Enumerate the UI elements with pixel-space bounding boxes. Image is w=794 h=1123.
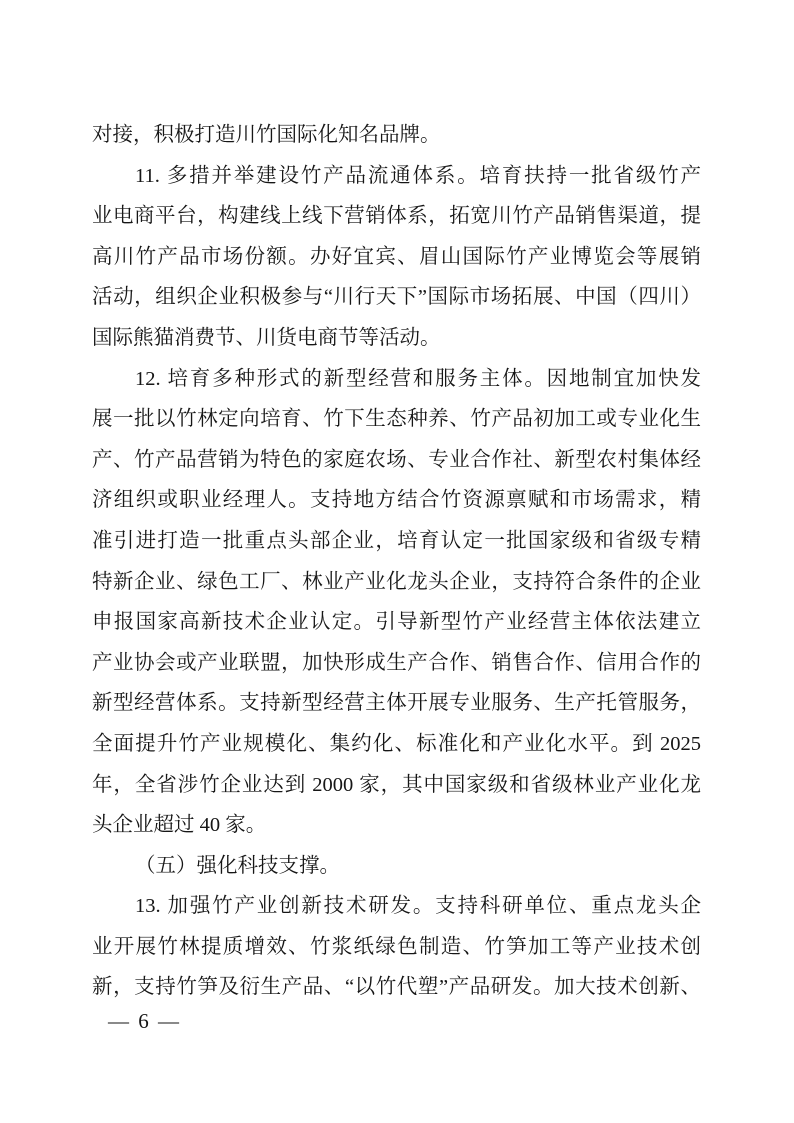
text-line: 新型经营体系。支持新型经营主体开展专业服务、生产托管服务，	[92, 683, 701, 724]
text-line: 产、竹产品营销为特色的家庭农场、专业合作社、新型农村集体经	[92, 440, 701, 481]
page-number: — 6 —	[108, 1006, 181, 1036]
text-line: 产业协会或产业联盟，加快形成生产合作、销售合作、信用合作的	[92, 643, 701, 684]
text-line: 高川竹产品市场份额。办好宜宾、眉山国际竹产业博览会等展销	[92, 237, 701, 278]
document-body: 对接，积极打造川竹国际化知名品牌。 11. 多措并举建设竹产品流通体系。培育扶持…	[92, 115, 701, 1008]
text-line: 业开展竹林提质增效、竹浆纸绿色制造、竹笋加工等产业技术创	[92, 927, 701, 968]
text-line: 12. 培育多种形式的新型经营和服务主体。因地制宜加快发	[92, 359, 701, 400]
text-line: （五）强化科技支撑。	[92, 846, 701, 887]
text-line: 年，全省涉竹企业达到 2000 家，其中国家级和省级林业产业化龙	[92, 765, 701, 806]
text-line: 11. 多措并举建设竹产品流通体系。培育扶持一批省级竹产	[92, 156, 701, 197]
text-line: 业电商平台，构建线上线下营销体系，拓宽川竹产品销售渠道，提	[92, 196, 701, 237]
text-line: 准引进打造一批重点头部企业，培育认定一批国家级和省级专精	[92, 521, 701, 562]
text-line: 特新企业、绿色工厂、林业产业化龙头企业，支持符合条件的企业	[92, 562, 701, 603]
text-line: 济组织或职业经理人。支持地方结合竹资源禀赋和市场需求，精	[92, 480, 701, 521]
text-line: 申报国家高新技术企业认定。引导新型竹产业经营主体依法建立	[92, 602, 701, 643]
text-line: 13. 加强竹产业创新技术研发。支持科研单位、重点龙头企	[92, 886, 701, 927]
text-line: 全面提升竹产业规模化、集约化、标准化和产业化水平。到 2025	[92, 724, 701, 765]
text-line: 国际熊猫消费节、川货电商节等活动。	[92, 318, 701, 359]
text-line: 对接，积极打造川竹国际化知名品牌。	[92, 115, 701, 156]
text-line: 新，支持竹笋及衍生产品、“以竹代塑”产品研发。加大技术创新、	[92, 967, 701, 1008]
document-page: 对接，积极打造川竹国际化知名品牌。 11. 多措并举建设竹产品流通体系。培育扶持…	[0, 0, 794, 1123]
text-line: 活动，组织企业积极参与“川行天下”国际市场拓展、中国（四川）	[92, 277, 701, 318]
text-line: 头企业超过 40 家。	[92, 805, 701, 846]
text-line: 展一批以竹林定向培育、竹下生态种养、竹产品初加工或专业化生	[92, 399, 701, 440]
